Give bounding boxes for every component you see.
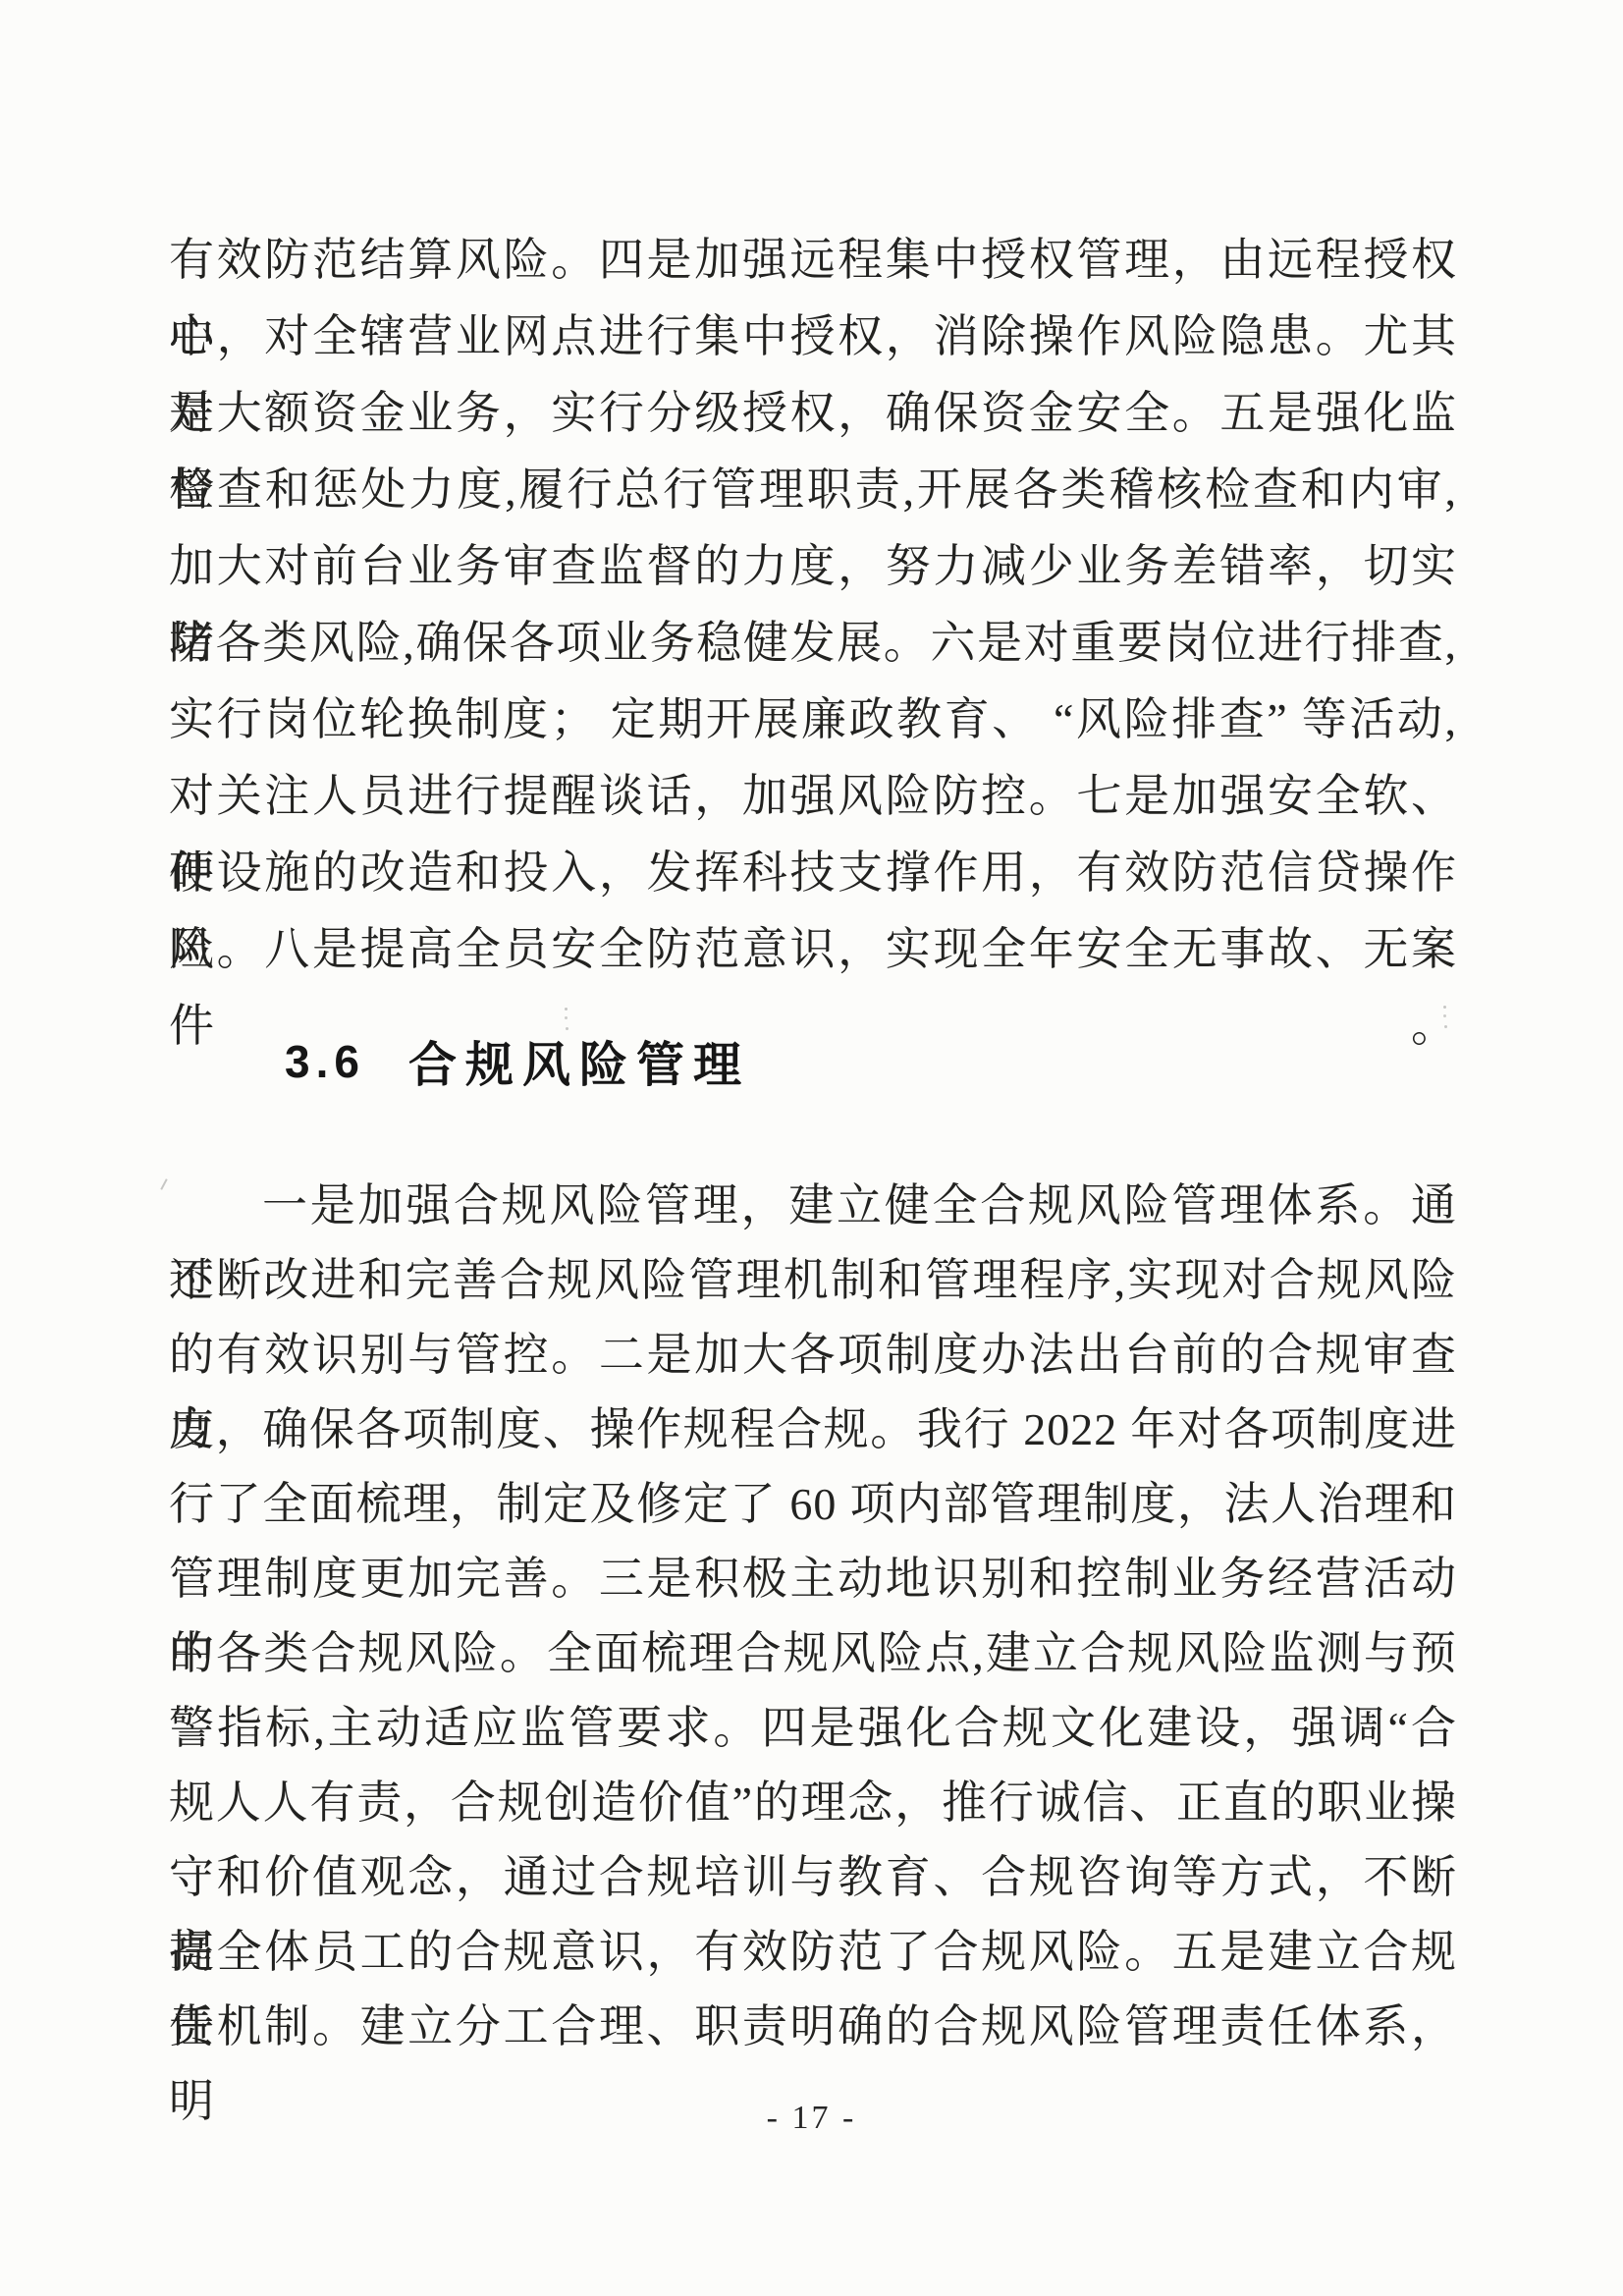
paragraph-line: 行了全面梳理，制定及修定了 60 项内部管理制度，法人治理和 xyxy=(169,1467,1457,1542)
paragraph-line: 高全体员工的合规意识，有效防范了合规风险。五是建立合规责 xyxy=(169,1915,1457,1990)
paragraph-line: 险。八是提高全员安全防范意识，实现全年安全无事故、无案件。 xyxy=(169,911,1457,988)
section-heading-number: 3.6 xyxy=(285,1035,365,1088)
paragraph-line: 件设施的改造和投入，发挥科技支撑作用，有效防范信贷操作风 xyxy=(169,835,1457,911)
paragraph-line: 对大额资金业务，实行分级授权，确保资金安全。五是强化监督 xyxy=(169,375,1457,452)
paragraph-line: 有效防范结算风险。四是加强远程集中授权管理，由远程授权中 xyxy=(169,222,1457,299)
paragraph-line: 度，确保各项制度、操作规程合规。我行 2022 年对各项制度进 xyxy=(169,1393,1457,1467)
paragraph-line: 加大对前台业务审查监督的力度，努力减少业务差错率，切实防 xyxy=(169,528,1457,605)
paragraph-line: 一是加强合规风险管理，建立健全合规风险管理体系。通过 xyxy=(169,1169,1457,1243)
paragraph-line: 警指标,主动适应监管要求。四是强化合规文化建设，强调“合 xyxy=(169,1691,1457,1766)
page-number: - 17 - xyxy=(0,2100,1623,2137)
document-page: 有效防范结算风险。四是加强远程集中授权管理，由远程授权中 心，对全辖营业网点进行… xyxy=(0,0,1623,2296)
paragraph-line: 对关注人员进行提醒谈话，加强风险防控。七是加强安全软、硬 xyxy=(169,758,1457,835)
paragraph-continued: 有效防范结算风险。四是加强远程集中授权管理，由远程授权中 心，对全辖营业网点进行… xyxy=(169,222,1457,988)
section-heading-title: 合规风险管理 xyxy=(408,1027,750,1096)
paragraph-line: 实行岗位轮换制度； 定期开展廉政教育、 “风险排查” 等活动, xyxy=(169,682,1457,758)
paragraph-line: 规人人有责，合规创造价值”的理念，推行诚信、正直的职业操 xyxy=(169,1766,1457,1840)
paragraph-line: 堵各类风险,确保各项业务稳健发展。六是对重要岗位进行排查, xyxy=(169,605,1457,682)
paragraph-compliance-risk: 一是加强合规风险管理，建立健全合规风险管理体系。通过 不断改进和完善合规风险管理… xyxy=(169,1169,1457,2064)
paragraph-line: 任机制。建立分工合理、职责明确的合规风险管理责任体系，明 xyxy=(169,1990,1457,2064)
scan-artifact xyxy=(1443,1006,1446,1009)
paragraph-line: 检查和惩处力度,履行总行管理职责,开展各类稽核检查和内审, xyxy=(169,452,1457,528)
paragraph-line: 的各类合规风险。全面梳理合规风险点,建立合规风险监测与预 xyxy=(169,1616,1457,1691)
paragraph-line: 的有效识别与管控。二是加大各项制度办法出台前的合规审查力 xyxy=(169,1318,1457,1393)
paragraph-line: 不断改进和完善合规风险管理机制和管理程序,实现对合规风险 xyxy=(169,1243,1457,1318)
paragraph-line: 守和价值观念，通过合规培训与教育、合规咨询等方式，不断提 xyxy=(169,1840,1457,1915)
scan-artifact xyxy=(565,1008,568,1011)
paragraph-line: 心，对全辖营业网点进行集中授权，消除操作风险隐患。尤其是 xyxy=(169,299,1457,375)
paragraph-line: 管理制度更加完善。三是积极主动地识别和控制业务经营活动中 xyxy=(169,1542,1457,1616)
section-heading: 3.6 合规风险管理 xyxy=(285,1031,750,1092)
scan-artifact xyxy=(160,1178,167,1190)
